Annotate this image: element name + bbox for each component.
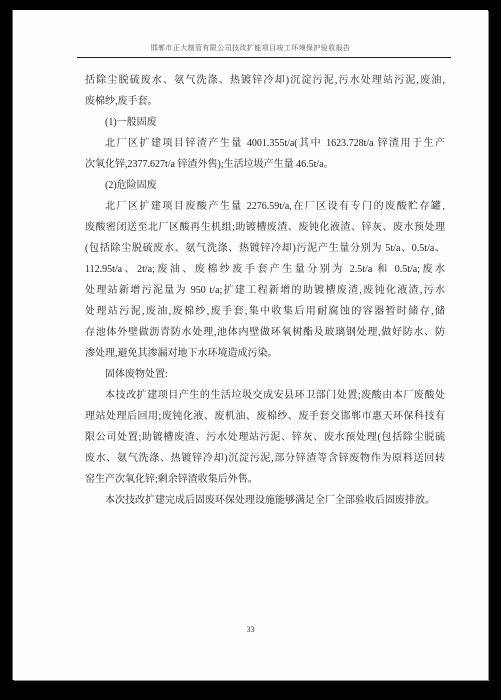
document-canvas: 邯郸市正大制管有限公司技改扩能项目竣工环境保护验收报告 括除尘脱硫废水、氨气洗涤… (0, 0, 501, 700)
text-line: 窑生产次氧化锌;剩余锌渣收集后外售。 (85, 469, 445, 490)
text-line: 限公司处置;助镀槽废渣、污水处理站污泥、锌灰、废水预处理(包括除尘脱硫 (85, 427, 445, 448)
page-number: 33 (13, 625, 488, 634)
text-line: 固体废物处置: (85, 364, 445, 385)
text-line: 存池体外壁做沥青防水处理,池体内壁做环氧树酯及玻璃钢处理,做好防水、防 (85, 322, 445, 343)
text-line: 本技改扩建项目产生的生活垃圾交成安县环卫部门处置;废酸由本厂废酸处 (85, 385, 445, 406)
page-header-title: 邯郸市正大制管有限公司技改扩能项目竣工环境保护验收报告 (13, 43, 488, 53)
text-line: 废酸密闭送至北厂区酸再生机组;助镀槽废渣、废钝化液渣、锌灰、废水预处理 (85, 217, 445, 238)
text-line: 112.95t/a、2t/a;废油、废棉纱废手套产生量分别为 2.5t/a 和 … (85, 259, 445, 280)
text-line: 次氧化锌,2377.627t/a 锌渣外售);生活垃圾产生量 46.5t/a。 (85, 154, 445, 175)
text-line: 北厂区扩建项目废酸产生量 2276.59t/a,在厂区设有专门的废酸贮存罐, (85, 196, 445, 217)
text-line: (包括除尘脱硫废水、氨气洗涤、热镀锌冷却)污泥产生量分别为 5t/a、0.5t/… (85, 238, 445, 259)
text-line: 处理站污泥,废油,废棉纱,废手套,集中收集后用耐腐蚀的容器暂时储存,储 (85, 301, 445, 322)
document-body: 括除尘脱硫废水、氨气洗涤、热镀锌冷却)沉淀污泥,污水处理站污泥,废油,废棉纱,废… (85, 70, 445, 511)
text-line: 北厂区扩建项目锌渣产生量 4001.355t/a(其中 1623.728t/a … (85, 133, 445, 154)
text-line: (2)危险固废 (85, 175, 445, 196)
text-line: 废棉纱,废手套。 (85, 91, 445, 112)
text-line: 理站处理后回用;废钝化液、废机油、废棉纱、废手套交邯郸市惠天环保科技有 (85, 406, 445, 427)
text-line: 括除尘脱硫废水、氨气洗涤、热镀锌冷却)沉淀污泥,污水处理站污泥,废油, (85, 70, 445, 91)
text-line: 处理站新增污泥量为 950 t/a;扩建工程新增的助镀槽废渣,废钝化液渣,污水 (85, 280, 445, 301)
text-line: 渗处理,避免其渗漏对地下水环境造成污染。 (85, 343, 445, 364)
text-line: 废水、氨气洗涤、热镀锌冷却)沉淀污泥,部分锌渣等含锌废物作为原料送回转 (85, 448, 445, 469)
text-line: (1)一般固废 (85, 112, 445, 133)
text-line: 本次技改扩建完成后固废环保处理设施能够满足全厂全部验收后固废排放。 (85, 490, 445, 511)
header-rule (77, 57, 451, 58)
document-page: 邯郸市正大制管有限公司技改扩能项目竣工环境保护验收报告 括除尘脱硫废水、氨气洗涤… (13, 10, 488, 680)
